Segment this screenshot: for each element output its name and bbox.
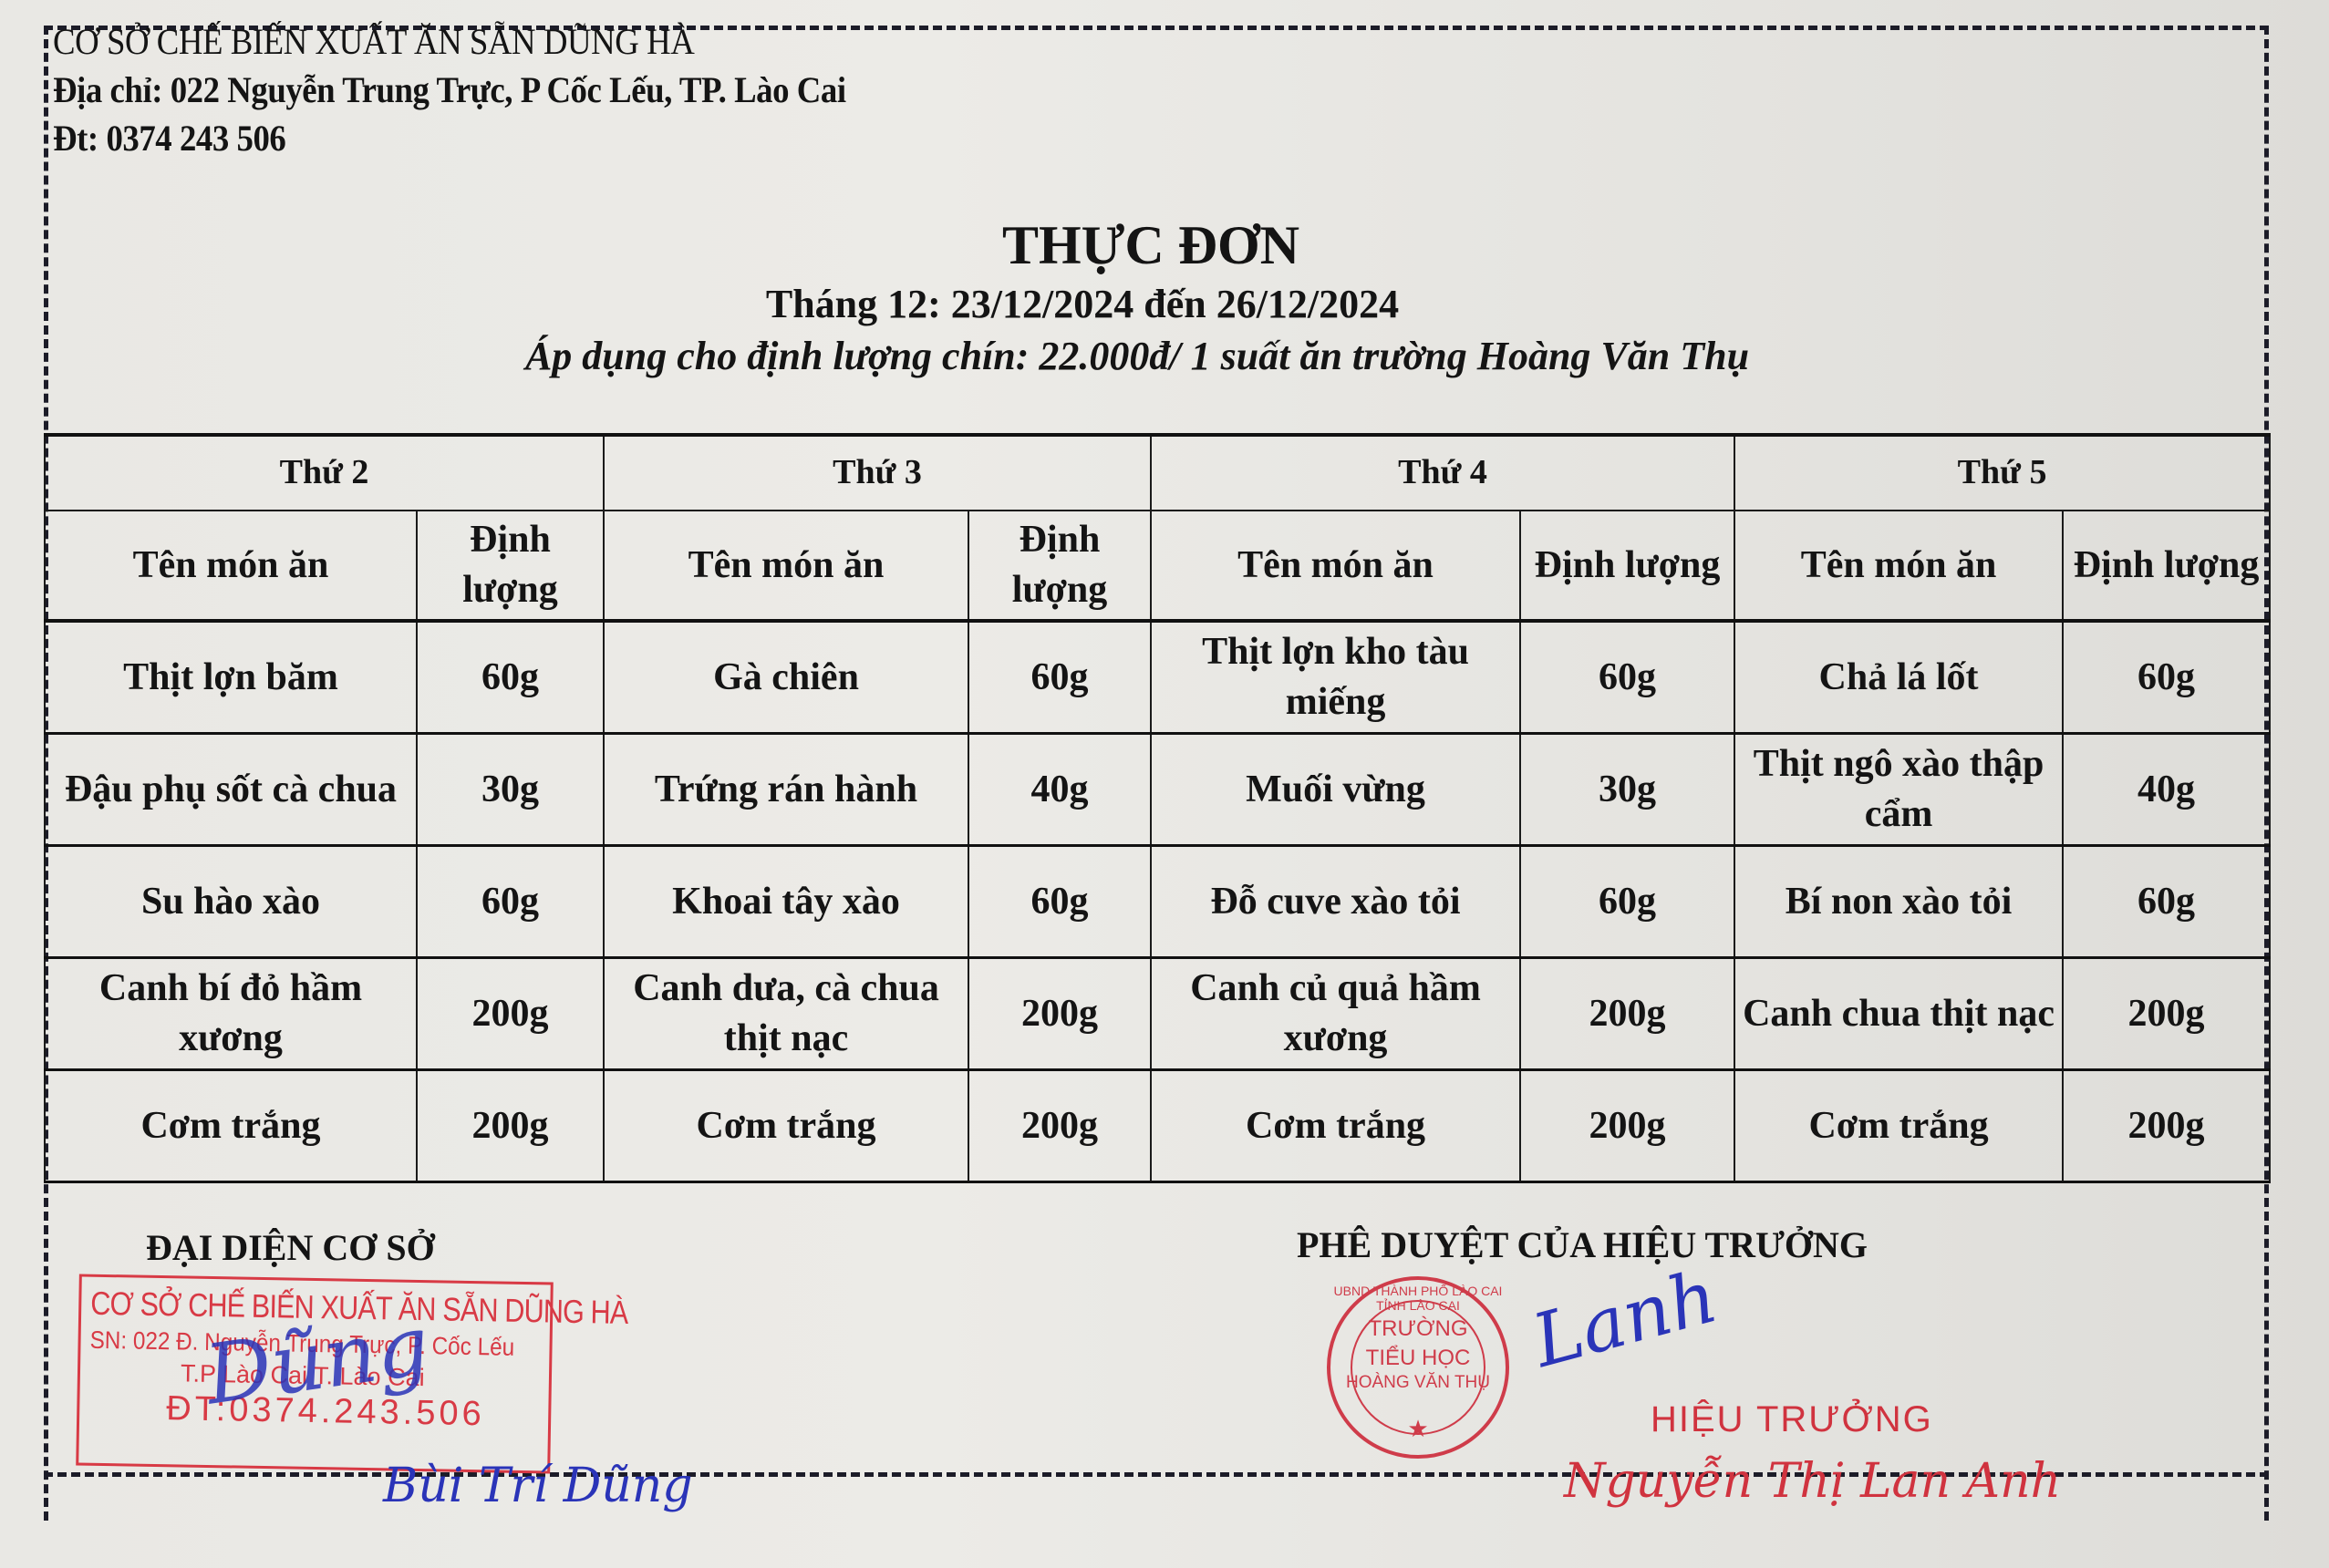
quantity-cell: 60g bbox=[1520, 846, 1734, 958]
menu-title: THỰC ĐƠN bbox=[0, 214, 2315, 277]
org-phone: Đt: 0374 243 506 bbox=[53, 117, 285, 160]
quantity-cell: 60g bbox=[417, 846, 604, 958]
quantity-cell: 200g bbox=[968, 958, 1151, 1070]
col-qty-header: Định lượng bbox=[968, 511, 1151, 621]
seal-line: TIỂU HỌC bbox=[1330, 1346, 1506, 1371]
principal-role: HIỆU TRƯỞNG bbox=[1651, 1399, 1933, 1440]
menu-table: Thứ 2 Thứ 3 Thứ 4 Thứ 5 Tên món ăn Định … bbox=[44, 433, 2271, 1183]
org-name: CƠ SỞ CHẾ BIẾN XUẤT ĂN SẴN DŨNG HÀ bbox=[53, 20, 694, 63]
dish-name-cell: Thịt lợn kho tàu miếng bbox=[1151, 621, 1520, 734]
quantity-cell: 60g bbox=[968, 621, 1151, 734]
dish-name-cell: Su hào xào bbox=[45, 846, 417, 958]
dish-name-cell: Thịt lợn băm bbox=[45, 621, 417, 734]
col-qty-header: Định lượng bbox=[1520, 511, 1734, 621]
dish-name-cell: Gà chiên bbox=[604, 621, 968, 734]
seal-line: HOÀNG VĂN THỤ bbox=[1330, 1373, 1506, 1393]
quantity-cell: 200g bbox=[2063, 1070, 2270, 1182]
quantity-cell: 40g bbox=[968, 734, 1151, 846]
col-qty-header: Định lượng bbox=[2063, 511, 2270, 621]
table-row: Đậu phụ sốt cà chua30gTrứng rán hành40gM… bbox=[45, 734, 2270, 846]
quantity-cell: 60g bbox=[1520, 621, 1734, 734]
table-row: Cơm trắng200gCơm trắng200gCơm trắng200gC… bbox=[45, 1070, 2270, 1182]
day-header: Thứ 2 bbox=[45, 435, 604, 511]
quantity-cell: 30g bbox=[417, 734, 604, 846]
dish-name-cell: Đậu phụ sốt cà chua bbox=[45, 734, 417, 846]
quantity-cell: 200g bbox=[2063, 958, 2270, 1070]
star-icon: ★ bbox=[1330, 1415, 1506, 1443]
quantity-cell: 200g bbox=[1520, 1070, 1734, 1182]
day-header: Thứ 5 bbox=[1734, 435, 2270, 511]
dish-name-cell: Canh bí đỏ hầm xương bbox=[45, 958, 417, 1070]
vendor-signer-name: Bùi Trí Dũng bbox=[383, 1459, 693, 1513]
menu-period: Tháng 12: 23/12/2024 đến 26/12/2024 bbox=[0, 281, 2247, 327]
dish-name-cell: Chả lá lốt bbox=[1734, 621, 2063, 734]
table-row: Canh bí đỏ hầm xương200gCanh dưa, cà chu… bbox=[45, 958, 2270, 1070]
quantity-cell: 40g bbox=[2063, 734, 2270, 846]
dish-name-cell: Canh dưa, cà chua thịt nạc bbox=[604, 958, 968, 1070]
dish-name-cell: Cơm trắng bbox=[45, 1070, 417, 1182]
quantity-cell: 60g bbox=[417, 621, 604, 734]
school-seal: UBND THÀNH PHỐ LÀO CAI TỈNH LÀO CAI TRƯỜ… bbox=[1327, 1276, 1509, 1459]
quantity-cell: 200g bbox=[417, 958, 604, 1070]
day-header-row: Thứ 2 Thứ 3 Thứ 4 Thứ 5 bbox=[45, 435, 2270, 511]
org-address: Địa chỉ: 022 Nguyễn Trung Trực, P Cốc Lế… bbox=[53, 68, 846, 111]
quantity-cell: 60g bbox=[2063, 846, 2270, 958]
dish-name-cell: Trứng rán hành bbox=[604, 734, 968, 846]
seal-line: TRƯỜNG bbox=[1330, 1316, 1506, 1342]
day-header: Thứ 4 bbox=[1151, 435, 1734, 511]
dish-name-cell: Cơm trắng bbox=[604, 1070, 968, 1182]
col-qty-header: Định lượng bbox=[417, 511, 604, 621]
day-header: Thứ 3 bbox=[604, 435, 1151, 511]
quantity-cell: 200g bbox=[417, 1070, 604, 1182]
column-header-row: Tên món ăn Định lượng Tên món ăn Định lư… bbox=[45, 511, 2270, 621]
dish-name-cell: Muối vừng bbox=[1151, 734, 1520, 846]
menu-applies-to: Áp dụng cho định lượng chín: 22.000đ/ 1 … bbox=[0, 333, 2302, 379]
principal-approval-title: PHÊ DUYỆT CỦA HIỆU TRƯỞNG bbox=[1297, 1223, 1868, 1266]
dish-name-cell: Canh củ quả hầm xương bbox=[1151, 958, 1520, 1070]
representative-title: ĐẠI DIỆN CƠ SỞ bbox=[146, 1226, 435, 1269]
dish-name-cell: Thịt ngô xào thập cẩm bbox=[1734, 734, 2063, 846]
dish-name-cell: Cơm trắng bbox=[1734, 1070, 2063, 1182]
col-dish-header: Tên món ăn bbox=[604, 511, 968, 621]
table-row: Thịt lợn băm60gGà chiên60gThịt lợn kho t… bbox=[45, 621, 2270, 734]
dish-name-cell: Khoai tây xào bbox=[604, 846, 968, 958]
dish-name-cell: Đỗ cuve xào tỏi bbox=[1151, 846, 1520, 958]
dish-name-cell: Canh chua thịt nạc bbox=[1734, 958, 2063, 1070]
quantity-cell: 200g bbox=[968, 1070, 1151, 1182]
quantity-cell: 30g bbox=[1520, 734, 1734, 846]
seal-ring-text: UBND THÀNH PHỐ LÀO CAI TỈNH LÀO CAI bbox=[1330, 1284, 1506, 1313]
principal-name: Nguyễn Thị Lan Anh bbox=[1564, 1454, 2061, 1509]
quantity-cell: 60g bbox=[968, 846, 1151, 958]
dish-name-cell: Bí non xào tỏi bbox=[1734, 846, 2063, 958]
dish-name-cell: Cơm trắng bbox=[1151, 1070, 1520, 1182]
quantity-cell: 60g bbox=[2063, 621, 2270, 734]
col-dish-header: Tên món ăn bbox=[1151, 511, 1520, 621]
quantity-cell: 200g bbox=[1520, 958, 1734, 1070]
col-dish-header: Tên món ăn bbox=[1734, 511, 2063, 621]
col-dish-header: Tên món ăn bbox=[45, 511, 417, 621]
table-row: Su hào xào60gKhoai tây xào60gĐỗ cuve xào… bbox=[45, 846, 2270, 958]
